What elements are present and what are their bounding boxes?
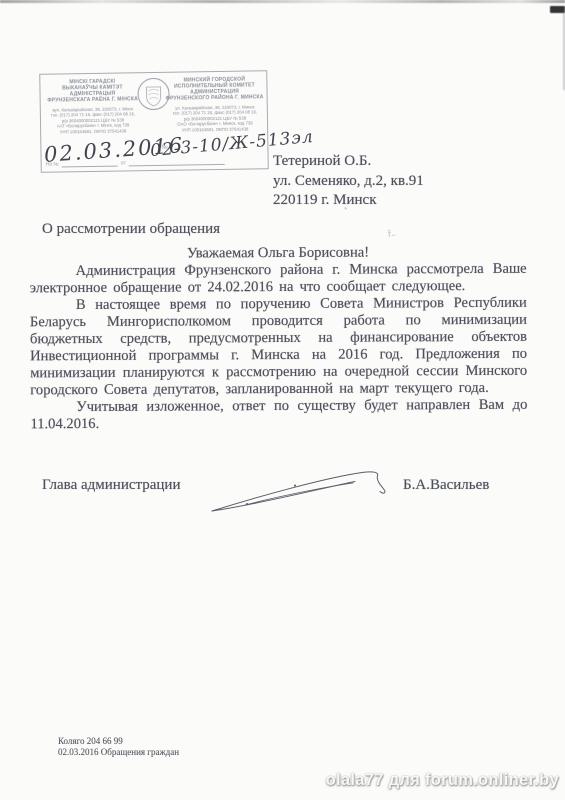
letterhead-column-belarusian: МІНСКІ ГАРАДСКІ ВЫКАНАЎЧЫ КАМІТЭТ АДМІНІ… — [42, 78, 143, 135]
letter-body: Уважаемая Ольга Борисовна! Администрация… — [30, 244, 528, 434]
addressee-city: 220119 г. Минск — [273, 191, 424, 211]
addressee-name: Тетериной О.Б. — [273, 152, 424, 172]
addressee-block: Тетериной О.Б. ул. Семеняко, д.2, кв.91 … — [273, 152, 424, 211]
signer-title: Глава администрации — [42, 477, 180, 494]
signer-name: Б.А.Васильев — [403, 477, 489, 494]
body-paragraph: Администрация Фрунзенского района г. Мин… — [30, 261, 527, 298]
subject-line: О рассмотрении обращения — [42, 221, 220, 238]
org-address-block: ул. Кальварийская, 39, 220073, г. Минск … — [165, 104, 265, 133]
scan-edge-artifact — [0, 0, 565, 3]
signature-stroke — [202, 463, 402, 522]
footer-reference: Коляго 204 66 99 02.03.2016 Обращения гр… — [58, 736, 179, 758]
letterhead-column-russian: МИНСКИЙ ГОРОДСКОЙ ИСПОЛНИТЕЛЬНЫЙ КОМИТЕТ… — [164, 76, 265, 133]
case-reference: 02.03.2016 Обращения граждан — [58, 747, 179, 758]
addressee-street: ул. Семеняко, д.2, кв.91 — [273, 172, 424, 192]
org-address-block: вул. Кальварыйская, 39, 220073, г. Мінск… — [43, 106, 143, 135]
pen-smudge: * — [344, 206, 348, 214]
watermark-text: olala77 для forum.onliner.by — [326, 771, 559, 790]
org-name-line: ФРУНЗЕНСКОГО РАЙОНА Г. МИНСКА — [165, 94, 265, 102]
executor-phone: Коляго 204 66 99 — [58, 736, 179, 747]
pen-smudge: ř.. — [387, 227, 396, 238]
scanned-letter-page: { "doc": { "letterhead": { "left": { "or… — [0, 0, 565, 800]
body-paragraph: В настоящее время по поручению Совета Ми… — [30, 295, 528, 400]
org-name-line: ФРУНЗЕНСКАГА РАЁНА Г. МІНСКА — [43, 96, 143, 104]
body-paragraph: Учитывая изложенное, ответ по существу б… — [30, 397, 527, 434]
